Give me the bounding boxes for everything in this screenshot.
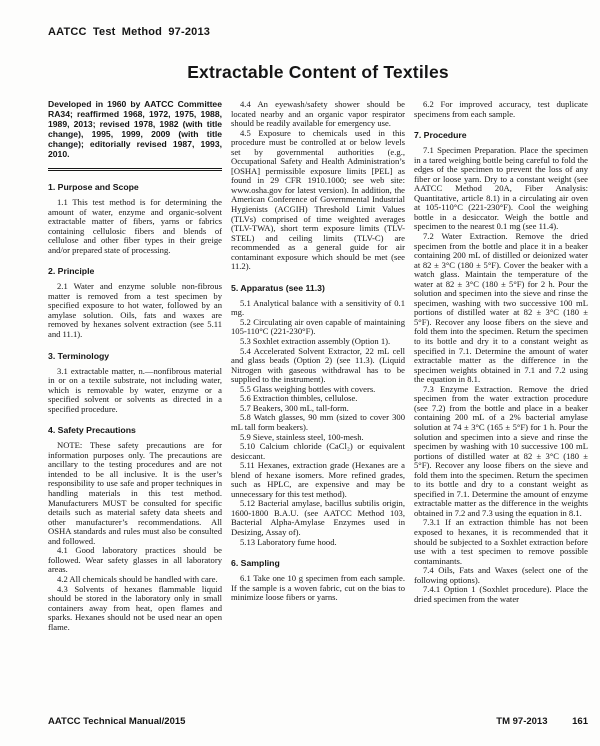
section-4-heading: 4. Safety Precautions [48, 425, 222, 435]
para-5-8: 5.8 Watch glasses, 90 mm (sized to cover… [231, 413, 405, 432]
para-6-2: 6.2 For improved accuracy, test duplicat… [414, 100, 588, 119]
para-7-3: 7.3 Enzyme Extraction. Remove the dried … [414, 385, 588, 519]
para-4-5: 4.5 Exposure to chemicals used in this p… [231, 129, 405, 272]
section-1-heading: 1. Purpose and Scope [48, 182, 222, 192]
page-footer: AATCC Technical Manual/2015 TM 97-2013 1… [48, 716, 588, 727]
section-6-heading: 6. Sampling [231, 558, 405, 568]
para-5-11: 5.11 Hexanes, extraction grade (Hexanes … [231, 461, 405, 499]
footer-manual-label: AATCC Technical Manual/2015 [48, 716, 185, 727]
para-5-13: 5.13 Laboratory fume hood. [231, 538, 405, 548]
section-2-heading: 2. Principle [48, 266, 222, 276]
para-3-1: 3.1 extractable matter, n.—nonfibrous ma… [48, 367, 222, 415]
column-right: 6.2 For improved accuracy, test duplicat… [414, 99, 588, 712]
section-5-heading: 5. Apparatus (see 11.3) [231, 283, 405, 293]
footer-page-number: 161 [572, 716, 588, 727]
para-5-4: 5.4 Accelerated Solvent Extractor, 22 mL… [231, 347, 405, 385]
para-6-1: 6.1 Take one 10 g specimen from each sam… [231, 574, 405, 603]
column-middle: 4.4 An eyewash/safety shower should be l… [231, 99, 405, 712]
para-7-4: 7.4 Oils, Fats and Waxes (select one of … [414, 566, 588, 585]
para-7-3-1: 7.3.1 If an extraction thimble has not b… [414, 518, 588, 566]
footer-method-label: TM 97-2013 [496, 716, 547, 727]
method-label: AATCC Test Method 97-2013 [48, 26, 210, 38]
para-7-2: 7.2 Water Extraction. Remove the dried s… [414, 232, 588, 385]
section-3-heading: 3. Terminology [48, 351, 222, 361]
section-7-heading: 7. Procedure [414, 130, 588, 140]
para-7-4-1: 7.4.1 Option 1 (Soxhlet procedure). Plac… [414, 585, 588, 604]
para-4-note: NOTE: These safety precautions are for i… [48, 441, 222, 546]
column-left: Developed in 1960 by AATCC Committee RA3… [48, 99, 222, 712]
para-4-1: 4.1 Good laboratory practices should be … [48, 546, 222, 575]
double-rule [48, 168, 222, 171]
para-5-10: 5.10 Calcium chloride (CaCl₂) or equival… [231, 442, 405, 461]
document-page: AATCC Test Method 97-2013 Extractable Co… [0, 0, 600, 746]
para-4-4: 4.4 An eyewash/safety shower should be l… [231, 100, 405, 129]
text-columns: Developed in 1960 by AATCC Committee RA3… [48, 99, 588, 712]
para-1-1: 1.1 This test method is for determining … [48, 198, 222, 255]
para-5-2: 5.2 Circulating air oven capable of main… [231, 318, 405, 337]
para-2-1: 2.1 Water and enzyme soluble non-fibrous… [48, 282, 222, 339]
para-7-1: 7.1 Specimen Preparation. Place the spec… [414, 146, 588, 232]
para-5-12: 5.12 Bacterial amylase, bacillus subtili… [231, 499, 405, 537]
page-title: Extractable Content of Textiles [48, 62, 588, 83]
history-note: Developed in 1960 by AATCC Committee RA3… [48, 99, 222, 159]
footer-right-group: TM 97-2013 161 [496, 716, 588, 727]
para-4-3: 4.3 Solvents of hexanes flammable liquid… [48, 585, 222, 633]
para-5-1: 5.1 Analytical balance with a sensitivit… [231, 299, 405, 318]
